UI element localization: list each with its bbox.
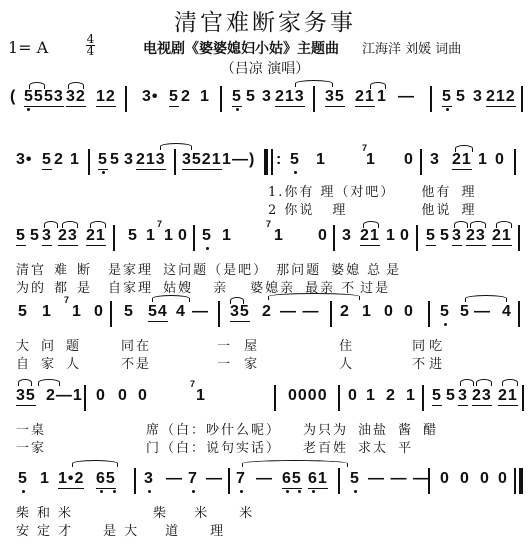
notation-line-1: ( 55 53 32 12 3• 5 2 1 5 5 3 213 35 21 1… <box>10 86 524 112</box>
notation-line-3: 5 5 3 23 21 5 1 7 1 0 5 1 7 1 0 3 21 1 0… <box>10 225 524 251</box>
singer: （吕凉 演唱） <box>0 58 530 78</box>
notation-line-2: 3• 5 2 1 5 5 3 213 3521 1 —) : 5 1 7 1 0… <box>10 149 524 175</box>
key-signature: 1= A <box>8 38 48 57</box>
lyrics-verse-2: 一家门（白：说句实话）老百姓求太平 <box>16 437 413 456</box>
notation-line-5: 35 2—1 0 0 0 7 1 0000 0 1 2 1 5 5 3 23 2… <box>10 385 524 411</box>
time-signature: 4 4 <box>86 34 95 57</box>
subtitle: 电视剧《婆婆媳妇小姑》主题曲 <box>143 38 339 58</box>
lyrics-verse-1: 柴和米柴米米 <box>16 502 254 521</box>
credits: 江海洋 刘媛 词曲 <box>362 38 461 57</box>
lyrics-verse-1: 一桌席（白：吵什么呢）为只为油盐酱醋 <box>16 419 438 438</box>
lyrics-verse-2: 2 你说理他说理 <box>268 199 476 218</box>
lyrics-verse-1: 大问题同在一屋住同吃 <box>16 335 444 354</box>
notation-line-6: 5 1 1•2 65 3 — 7 — 7 — 65 61 5 — — — 0 0… <box>10 468 524 494</box>
notation-line-4: 5 1 7 1 0 5 54 4 — 35 2 — — 2 1 0 0 5 5 … <box>10 301 524 327</box>
lyrics-verse-1: 1.你有理（对吧）他有理 <box>268 181 476 200</box>
meter-bottom: 4 <box>87 44 95 58</box>
lyrics-verse-1: 清官难断是家理这问题（是吧）那问题婆媳总是 <box>16 259 401 278</box>
lyrics-verse-2: 安定才是大道理 <box>16 520 225 539</box>
lyrics-verse-2: 自家人不是一家人不进 <box>16 353 444 372</box>
song-title: 清官难断家务事 <box>0 4 530 37</box>
